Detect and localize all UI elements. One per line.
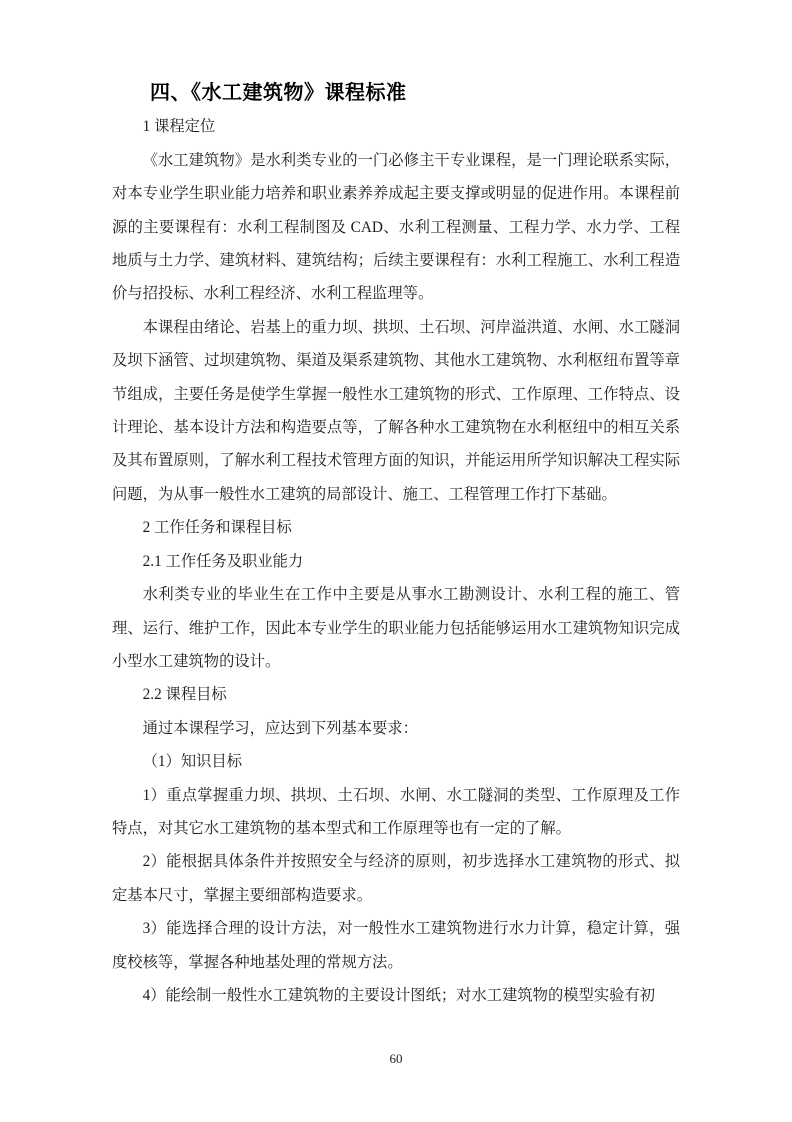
- page-number: 60: [0, 1051, 792, 1067]
- para-basic-requirements-intro: 通过本课程学习，应达到下列基本要求：: [112, 712, 680, 745]
- para-knowledge-goal-1: 1）重点掌握重力坝、拱坝、土石坝、水闸、水工隧洞的类型、工作原理及工作特点，对其…: [112, 779, 680, 846]
- para-knowledge-goal-2: 2）能根据具体条件并按照安全与经济的原则，初步选择水工建筑物的形式、拟定基本尺寸…: [112, 845, 680, 912]
- para-course-content-and-tasks: 本课程由绪论、岩基上的重力坝、拱坝、土石坝、河岸溢洪道、水闸、水工隧洞及坝下涵管…: [112, 311, 680, 511]
- heading-2-tasks-and-goals: 2 工作任务和课程目标: [112, 511, 680, 544]
- page-content: 四、《水工建筑物》课程标准 1 课程定位 《水工建筑物》是水利类专业的一门必修主…: [112, 77, 680, 1012]
- para-course-positioning: 《水工建筑物》是水利类专业的一门必修主干专业课程，是一门理论联系实际，对本专业学…: [112, 144, 680, 311]
- document-page: 四、《水工建筑物》课程标准 1 课程定位 《水工建筑物》是水利类专业的一门必修主…: [0, 0, 792, 1122]
- para-knowledge-goals-label: （1）知识目标: [112, 745, 680, 778]
- para-knowledge-goal-4: 4）能绘制一般性水工建筑物的主要设计图纸；对水工建筑物的模型实验有初: [112, 979, 680, 1012]
- heading-2-2-course-goals: 2.2 课程目标: [112, 678, 680, 711]
- document-title: 四、《水工建筑物》课程标准: [112, 77, 680, 110]
- heading-1-course-positioning: 1 课程定位: [112, 110, 680, 143]
- heading-2-1-tasks-and-abilities: 2.1 工作任务及职业能力: [112, 545, 680, 578]
- para-graduate-work-tasks: 水利类专业的毕业生在工作中主要是从事水工勘测设计、水利工程的施工、管理、运行、维…: [112, 578, 680, 678]
- para-knowledge-goal-3: 3）能选择合理的设计方法，对一般性水工建筑物进行水力计算，稳定计算，强度校核等，…: [112, 912, 680, 979]
